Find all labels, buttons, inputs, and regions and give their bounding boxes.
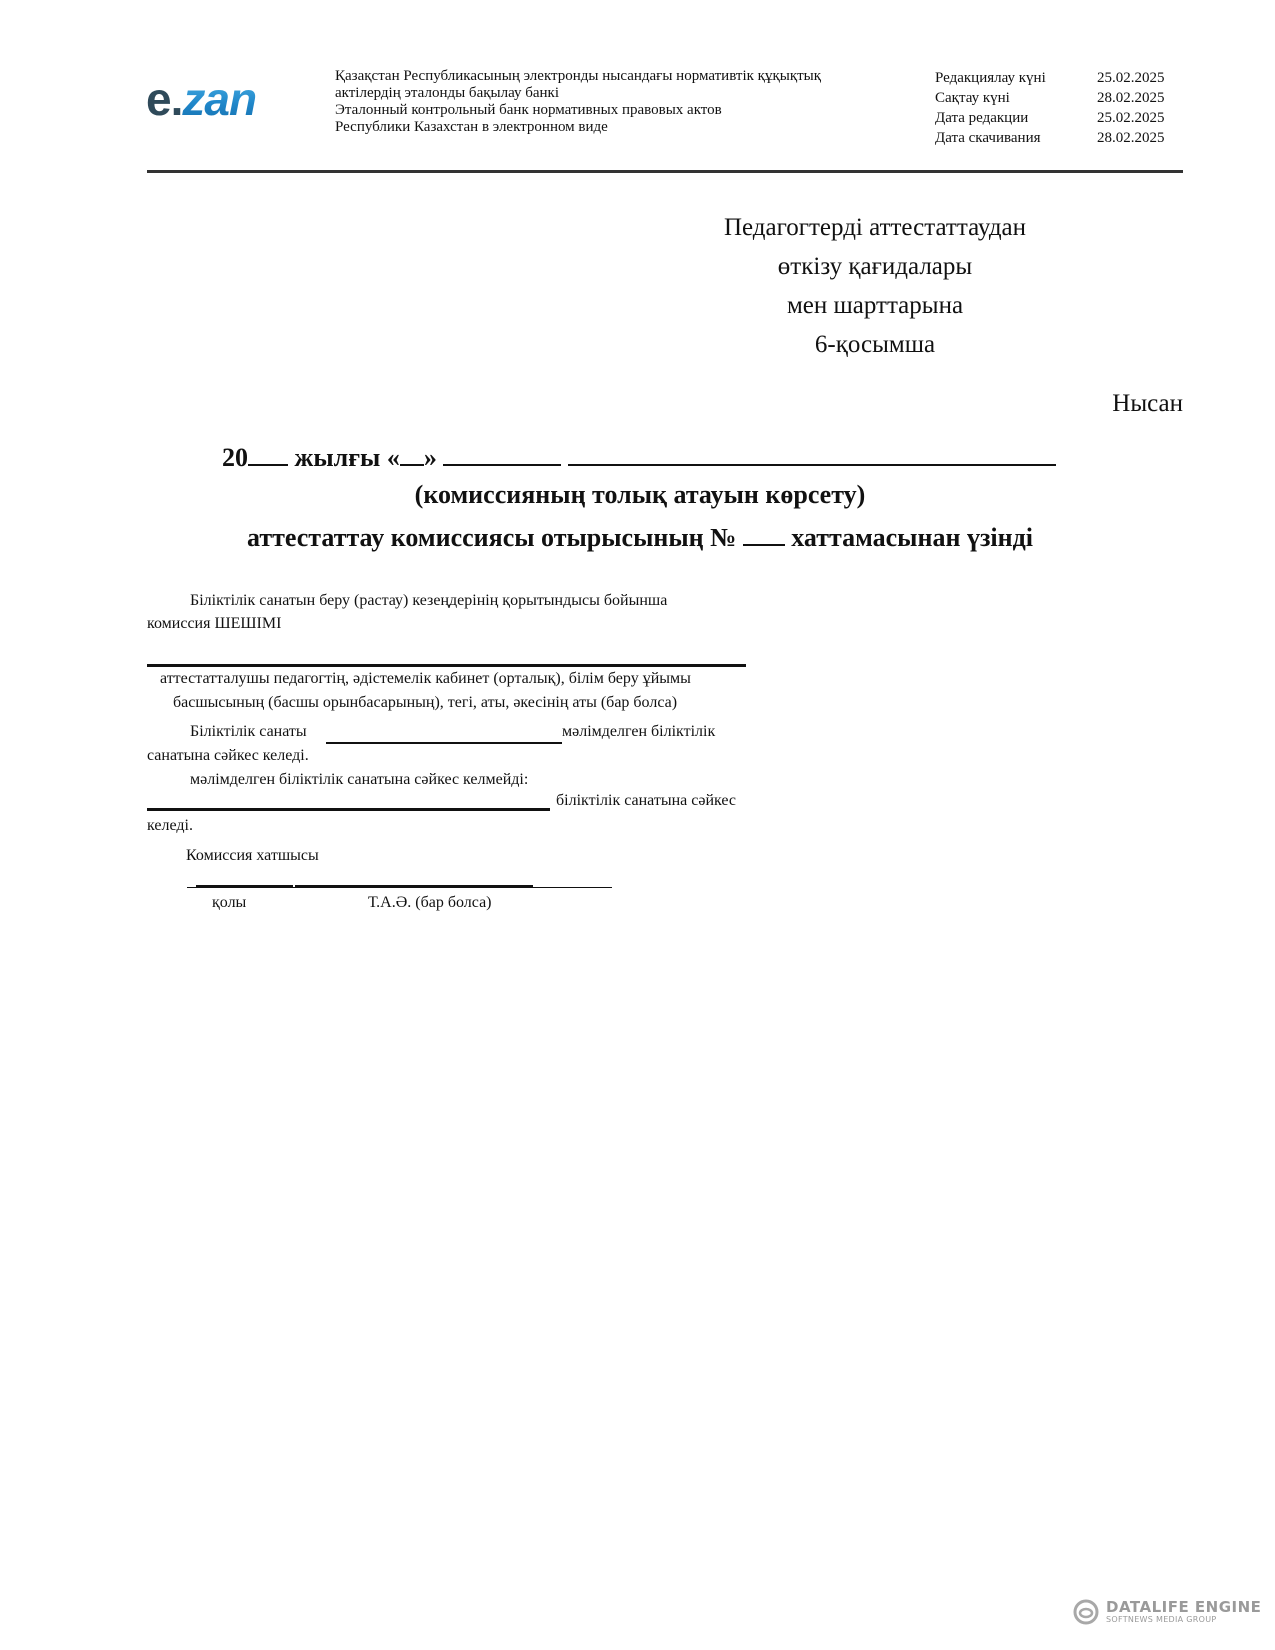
mismatch-blank bbox=[147, 808, 550, 811]
bank-line: Қазақстан Республикасының электронды ныс… bbox=[335, 68, 821, 85]
bank-line: Эталонный контрольный банк нормативных п… bbox=[335, 102, 821, 119]
meta-row: Редакциялау күні25.02.2025 bbox=[935, 68, 1177, 88]
protocol-suffix: хаттамасынан үзінді bbox=[791, 523, 1033, 552]
meta-row: Дата скачивания28.02.2025 bbox=[935, 128, 1177, 148]
meta-label: Сақтау күні bbox=[935, 88, 1097, 108]
signature-label: қолы bbox=[212, 892, 246, 914]
category-blank bbox=[326, 742, 562, 744]
meta-value: 25.02.2025 bbox=[1097, 68, 1177, 88]
meta-row: Сақтау күні28.02.2025 bbox=[935, 88, 1177, 108]
secretary-label: Комиссия хатшысы bbox=[186, 845, 319, 867]
protocol-number-blank bbox=[743, 520, 785, 546]
meta-label: Редакциялау күні bbox=[935, 68, 1097, 88]
category-cont: санатына сәйкес келеді. bbox=[147, 745, 309, 767]
decision-intro: Біліктілік санатын беру (растау) кезеңде… bbox=[190, 590, 667, 612]
header-divider bbox=[147, 170, 1183, 173]
meta-value: 25.02.2025 bbox=[1097, 108, 1177, 128]
mismatch-label: мәлімделген біліктілік санатына сәйкес к… bbox=[190, 769, 528, 791]
form-label: Нысан bbox=[1112, 388, 1183, 420]
appendix-line: Педагогтерді аттестаттаудан bbox=[680, 208, 1070, 247]
ezan-logo: e.zan bbox=[146, 74, 256, 124]
month-blank bbox=[443, 440, 561, 466]
datalife-watermark: DATALIFE ENGINE SOFTNEWS MEDIA GROUP bbox=[1072, 1598, 1261, 1626]
mismatch-cont: келеді. bbox=[147, 815, 193, 837]
caption-line: басшысының (басшы орынбасарының), тегі, … bbox=[173, 692, 677, 714]
meta-label: Дата скачивания bbox=[935, 128, 1097, 148]
meta-row: Дата редакции25.02.2025 bbox=[935, 108, 1177, 128]
caption-line: аттестатталушы педагогтің, әдістемелік к… bbox=[160, 668, 691, 690]
meta-value: 28.02.2025 bbox=[1097, 128, 1177, 148]
name-blank bbox=[295, 885, 533, 888]
watermark-title: DATALIFE ENGINE bbox=[1106, 1600, 1261, 1615]
close-quote: » bbox=[424, 443, 437, 472]
signature-blank bbox=[196, 885, 293, 888]
title-protocol: аттестаттау комиссиясы отырысының № хатт… bbox=[160, 520, 1120, 555]
bank-description: Қазақстан Республикасының электронды ныс… bbox=[335, 68, 821, 136]
day-blank bbox=[400, 440, 424, 466]
logo-dot: . bbox=[171, 73, 183, 125]
meta-label: Дата редакции bbox=[935, 108, 1097, 128]
watermark-subtitle: SOFTNEWS MEDIA GROUP bbox=[1106, 1615, 1261, 1625]
year-prefix: 20 bbox=[222, 443, 248, 472]
name-label: Т.А.Ә. (бар болса) bbox=[368, 892, 492, 914]
appendix-line: 6-қосымша bbox=[680, 325, 1070, 364]
appendix-heading: Педагогтерді аттестаттаудан өткізу қағид… bbox=[680, 208, 1070, 364]
title-commission-hint: (комиссияның толық атауын көрсету) bbox=[160, 478, 1120, 512]
appendix-line: өткізу қағидалары bbox=[680, 247, 1070, 286]
appendix-line: мен шарттарына bbox=[680, 286, 1070, 325]
title-line-date: 20 жылғы «» bbox=[222, 440, 1182, 475]
commission-name-blank bbox=[568, 440, 1056, 466]
protocol-prefix: аттестаттау комиссиясы отырысының № bbox=[247, 523, 736, 552]
meta-value: 28.02.2025 bbox=[1097, 88, 1177, 108]
category-prefix: Біліктілік санаты bbox=[190, 721, 307, 743]
bank-line: Республики Казахстан в электронном виде bbox=[335, 119, 821, 136]
document-meta: Редакциялау күні25.02.2025 Сақтау күні28… bbox=[935, 68, 1177, 148]
bank-line: актілердің эталонды бақылау банкі bbox=[335, 85, 821, 102]
logo-zan: zan bbox=[182, 73, 256, 125]
decision-label: комиссия ШЕШІМІ bbox=[147, 613, 281, 635]
year-word: жылғы « bbox=[295, 443, 400, 472]
category-suffix: мәлімделген біліктілік bbox=[562, 721, 715, 743]
year-blank bbox=[248, 440, 288, 466]
logo-e: e bbox=[146, 73, 171, 125]
mismatch-suffix: біліктілік санатына сәйкес bbox=[556, 790, 736, 812]
datalife-logo-icon bbox=[1072, 1598, 1100, 1626]
teacher-name-line bbox=[147, 664, 746, 667]
